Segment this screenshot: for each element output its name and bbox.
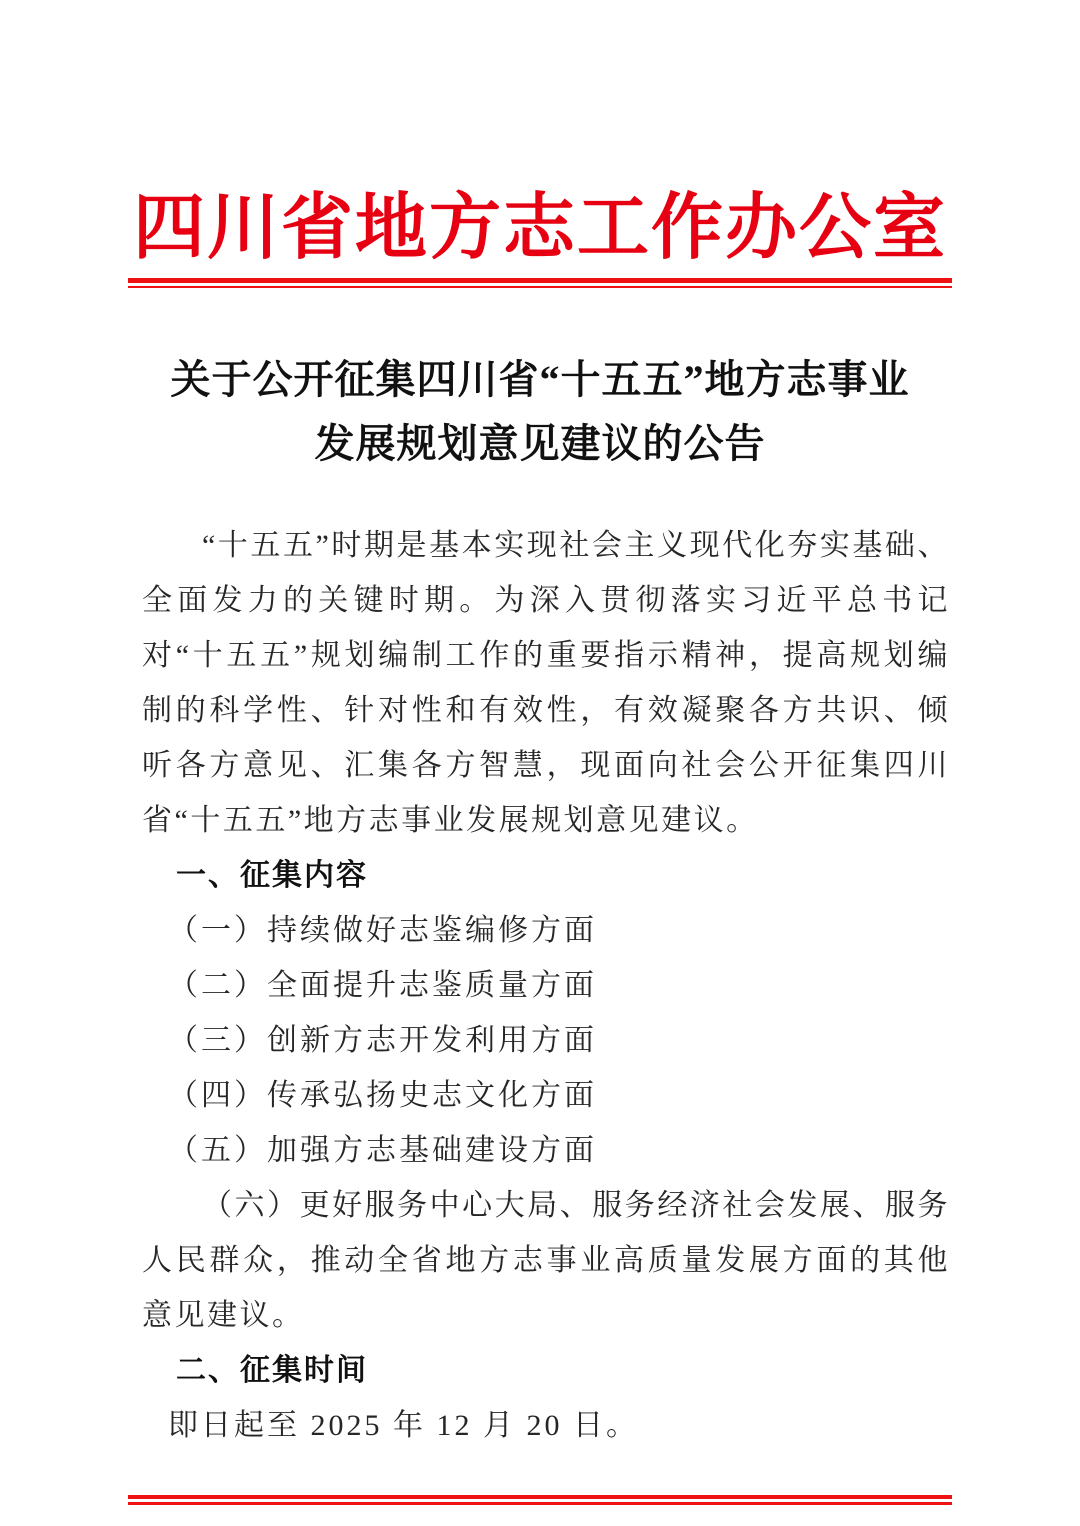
list-item-4: （四）传承弘扬史志文化方面 xyxy=(142,1068,950,1123)
collection-time-text: 即日起至 2025 年 12 月 20 日。 xyxy=(142,1398,950,1453)
footer-divider xyxy=(128,1495,952,1505)
list-item-3: （三）创新方志开发利用方面 xyxy=(142,1013,950,1068)
document-title-line-1: 关于公开征集四川省“十五五”地方志事业 xyxy=(0,348,1080,412)
section-heading-collection-time: 二、征集时间 xyxy=(142,1343,950,1398)
list-item-6: （六）更好服务中心大局、服务经济社会发展、服务人民群众，推动全省地方志事业高质量… xyxy=(142,1178,950,1343)
section-heading-collection-content: 一、征集内容 xyxy=(142,848,950,903)
notice-page: 四川省地方志工作办公室 关于公开征集四川省“十五五”地方志事业 发展规划意见建议… xyxy=(0,0,1080,1526)
document-title: 关于公开征集四川省“十五五”地方志事业 发展规划意见建议的公告 xyxy=(0,348,1080,476)
list-item-2: （二）全面提升志鉴质量方面 xyxy=(142,958,950,1013)
document-body: “十五五”时期是基本实现社会主义现代化夯实基础、全面发力的关键时期。为深入贯彻落… xyxy=(142,518,950,1453)
letterhead-title: 四川省地方志工作办公室 xyxy=(0,188,1080,268)
list-item-5: （五）加强方志基础建设方面 xyxy=(142,1123,950,1178)
intro-paragraph: “十五五”时期是基本实现社会主义现代化夯实基础、全面发力的关键时期。为深入贯彻落… xyxy=(142,518,950,848)
document-title-line-2: 发展规划意见建议的公告 xyxy=(0,412,1080,476)
list-item-1: （一）持续做好志鉴编修方面 xyxy=(142,903,950,958)
letterhead-divider xyxy=(128,278,952,288)
